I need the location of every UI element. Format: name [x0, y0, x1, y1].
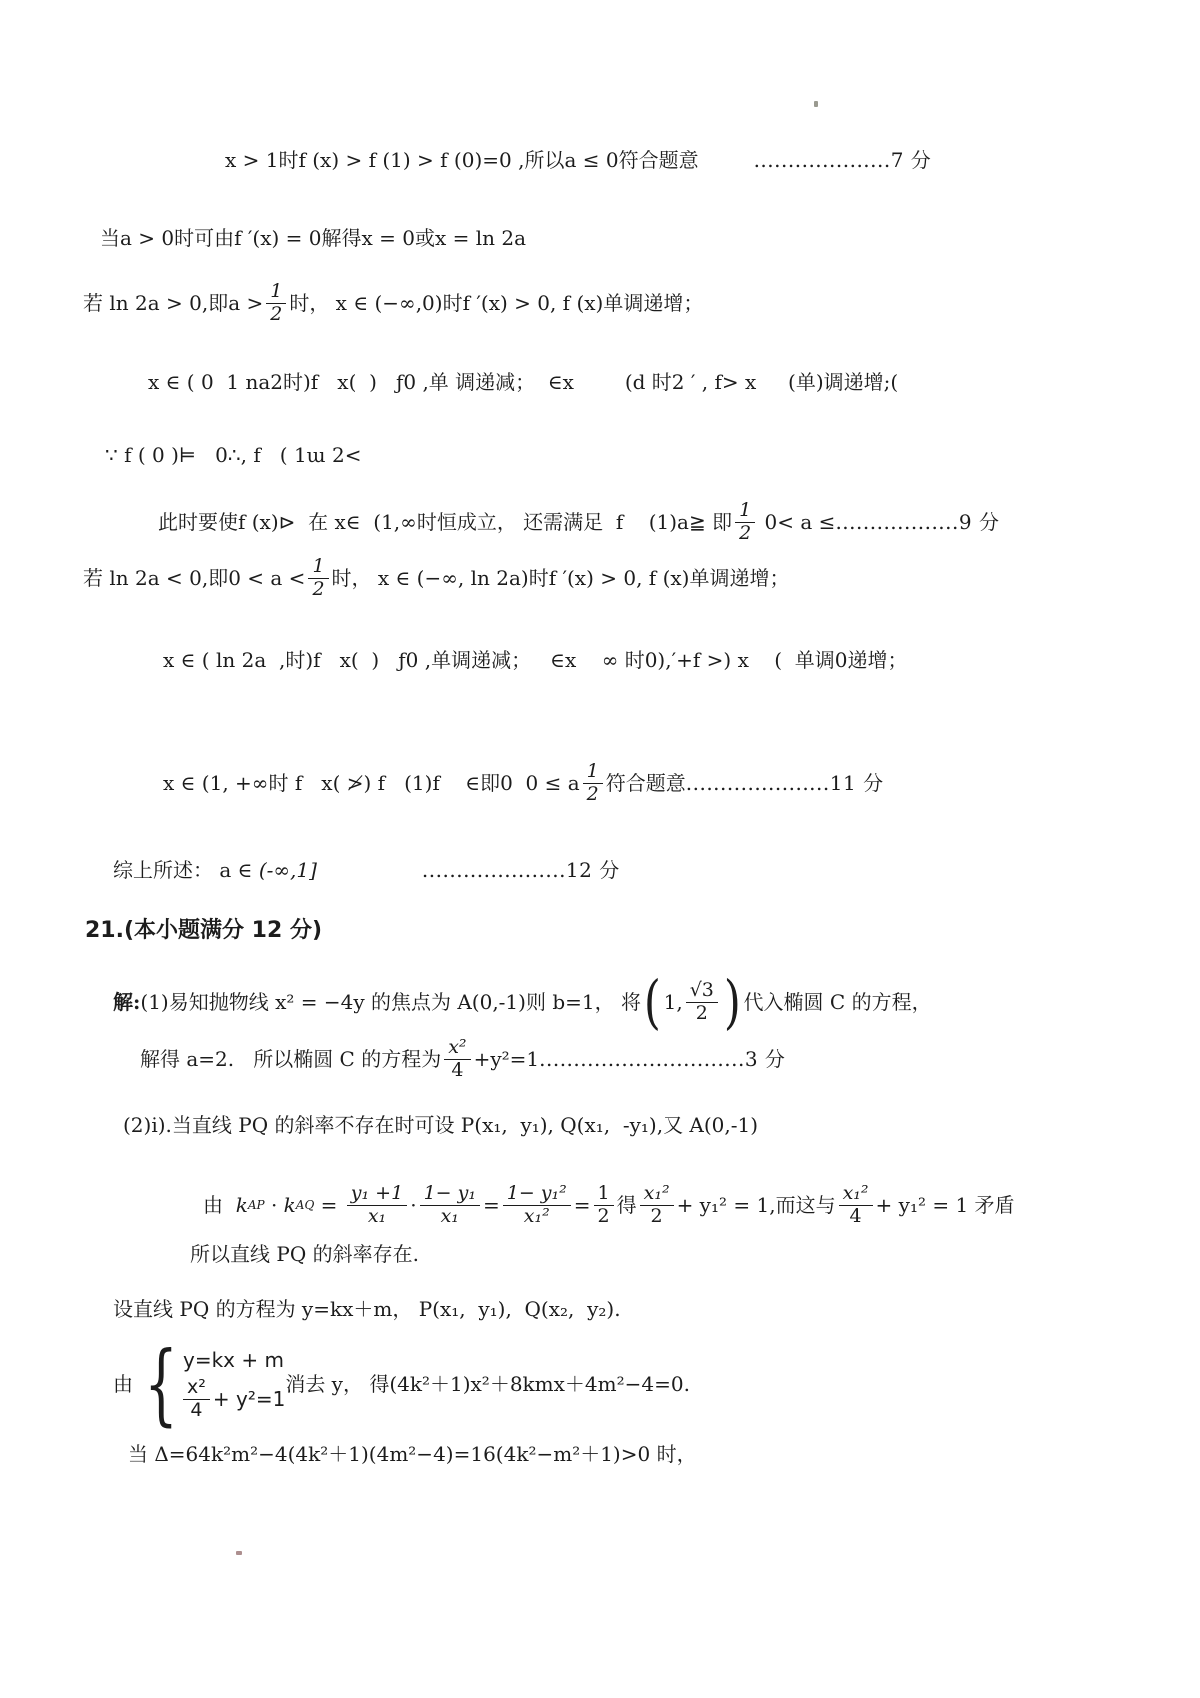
fraction-numerator: x₁²	[839, 1183, 873, 1206]
equals-sign: =	[483, 1193, 500, 1218]
fraction: 1 2	[594, 1183, 614, 1228]
left-brace: {	[144, 1347, 178, 1422]
math-text: 当 Δ=64k²m²−4(4k²＋1)(4m²−4)=16(4k²−m²＋1)>…	[128, 1442, 697, 1467]
score-dots: ..............................3 分	[539, 1047, 785, 1072]
solution-line-case-ln2a-negative: 若 ln 2a < 0,即0 < a < 1 2 时， x ∈ (−∞, ln …	[83, 556, 789, 601]
fraction-denominator: 2	[308, 579, 328, 601]
fraction-numerator: x²	[444, 1037, 470, 1060]
solution-line-slope-exists: 所以直线 PQ 的斜率存在.	[190, 1242, 419, 1267]
math-text: 由	[113, 1372, 133, 1397]
solution-line-f0-garbled: ∵ f ( 0 )⊨ 0∴, f ( 1ɯ 2<	[105, 443, 361, 468]
fraction-numerator: y₁ +1	[347, 1183, 407, 1206]
fraction-denominator: 2	[647, 1206, 667, 1228]
problem-21-heading: 21.(本小题满分 12 分)	[85, 917, 322, 945]
math-text: x > 1时f (x) > f (1) > f (0)=0 ,所以a ≤ 0符合…	[225, 148, 699, 173]
dot-operator: ·	[265, 1193, 284, 1218]
math-text: 由	[203, 1193, 236, 1218]
solution-line-monotonic-garbled: x ∈ ( 0 1 na2时)f x( ) ƒ0 ,单 调递减； ∈x (d 时…	[148, 370, 898, 395]
math-text: 若 ln 2a > 0,即a >	[83, 291, 263, 316]
solve-label: 解:	[113, 990, 140, 1015]
system-equation-2: x² 4 + y²=1	[183, 1377, 285, 1422]
solution-line-11pts: x ∈ (1, +∞时 f x( ≯) f (1)f ∈即0 0 ≤ a 1 2…	[163, 761, 884, 806]
fraction-x2-over-4: x² 4	[444, 1037, 470, 1082]
fraction-numerator: x₁²	[640, 1183, 674, 1206]
score-dots: ..................9 分	[835, 510, 999, 535]
right-paren: )	[724, 976, 741, 1028]
math-text: 当a > 0时可由f ′(x) = 0解得x = 0或x = ln 2a	[100, 226, 526, 251]
math-text: 符合题意	[606, 771, 686, 796]
fraction-denominator: 2	[735, 523, 755, 545]
solution-line-monotonic2-garbled: x ∈ ( ln 2a ,时)f x( ) ƒ0 ,单调递减； ∈x ∞ 时0)…	[163, 648, 908, 673]
math-text: x ∈ ( 0 1 na2时)f x( ) ƒ0 ,单 调递减； ∈x (d 时…	[148, 370, 898, 395]
score-dots: .....................11 分	[686, 771, 884, 796]
equation-system: y=kx + m x² 4 + y²=1	[183, 1348, 285, 1422]
fraction-denominator: 4	[846, 1206, 866, 1228]
math-text: 得	[617, 1193, 637, 1218]
math-text: x ∈ (1, +∞时 f x( ≯) f (1)f ∈即0 0 ≤ a	[163, 771, 580, 796]
fraction-sqrt3-over-2: √3 2	[686, 980, 718, 1025]
math-text: 设直线 PQ 的方程为 y=kx＋m， P(x₁, y₁), Q(x₂, y₂)…	[113, 1297, 621, 1322]
math-text: 时， x ∈ (−∞,0)时f ′(x) > 0, f (x)单调递增；	[289, 291, 703, 316]
fraction-denominator: x₁	[437, 1206, 463, 1228]
solution-line-7pts: x > 1时f (x) > f (1) > f (0)=0 ,所以a ≤ 0符合…	[225, 148, 931, 173]
solution-line-9pts: 此时要使f (x)⊳ 在 x∈ (1,∞时恒成立， 还需满足 f (1)a≧ 即…	[158, 500, 999, 545]
fraction-denominator: 2	[594, 1206, 614, 1228]
math-text: x ∈ ( ln 2a ,时)f x( ) ƒ0 ,单调递减； ∈x ∞ 时0)…	[163, 648, 908, 673]
solution-line-pq-equation: 设直线 PQ 的方程为 y=kx＋m， P(x₁, y₁), Q(x₂, y₂)…	[113, 1297, 621, 1322]
fraction: 1 2	[308, 556, 328, 601]
system-equation-1: y=kx + m	[183, 1348, 284, 1373]
fraction-numerator: x²	[183, 1377, 210, 1400]
math-text: (2)ⅰ).当直线 PQ 的斜率不存在时可设 P(x₁, y₁), Q(x₁, …	[123, 1113, 758, 1138]
fraction-denominator: 2	[692, 1003, 712, 1025]
math-text: +y²=1	[474, 1047, 540, 1072]
fraction: 1 2	[735, 500, 755, 545]
k-AP-subscript: AP	[248, 1198, 265, 1213]
fraction: 1 2	[266, 281, 286, 326]
solution-line-conclusion-12pts: 综上所述： a ∈ (-∞,1] .....................12…	[113, 858, 620, 883]
math-text: 消去 y， 得(4k²＋1)x²＋8kmx＋4m²−4=0.	[285, 1372, 690, 1397]
fraction-denominator: 2	[583, 784, 603, 806]
math-text: 时， x ∈ (−∞, ln 2a)时f ′(x) > 0, f (x)单调递增…	[332, 566, 790, 591]
fraction-numerator: 1	[735, 500, 755, 523]
document-page: x > 1时f (x) > f (1) > f (0)=0 ,所以a ≤ 0符合…	[0, 0, 1200, 1698]
fraction-numerator: 1− y₁	[420, 1183, 480, 1206]
fraction: y₁ +1 x₁	[347, 1183, 407, 1228]
fraction-denominator: x₁	[364, 1206, 390, 1228]
k-AP-base: k	[236, 1193, 248, 1218]
solution-line-part2-no-slope: (2)ⅰ).当直线 PQ 的斜率不存在时可设 P(x₁, y₁), Q(x₁, …	[123, 1113, 758, 1138]
left-paren: (	[644, 976, 661, 1028]
solution-line-derivative-roots: 当a > 0时可由f ′(x) = 0解得x = 0或x = ln 2a	[100, 226, 526, 251]
fraction: 1− y₁² x₁²	[503, 1183, 571, 1228]
score-dots: ....................7 分	[754, 148, 932, 173]
equals-sign: =	[574, 1193, 591, 1218]
fraction-denominator: x₁²	[520, 1206, 554, 1228]
solution-line-parabola-focus: 解: (1)易知抛物线 x² = −4y 的焦点为 A(0,-1)则 b=1， …	[113, 976, 932, 1028]
math-text: 1,	[664, 990, 683, 1015]
scan-artifact-dot	[236, 1551, 242, 1555]
math-text: + y²=1	[213, 1387, 285, 1412]
equals-sign: =	[314, 1193, 343, 1218]
math-text: 代入椭圆 C 的方程，	[744, 990, 932, 1015]
solution-line-ellipse-equation-3pts: 解得 a=2. 所以椭圆 C 的方程为 x² 4 +y²=1 .........…	[140, 1037, 785, 1082]
scan-artifact-dot	[814, 101, 818, 107]
fraction: 1− y₁ x₁	[420, 1183, 480, 1228]
fraction-numerator: √3	[686, 980, 718, 1003]
fraction: x₁² 4	[839, 1183, 873, 1228]
fraction-denominator: 4	[186, 1400, 206, 1422]
fraction-numerator: 1	[594, 1183, 614, 1206]
k-AQ-subscript: AQ	[296, 1198, 315, 1213]
fraction-x2-over-4: x² 4	[183, 1377, 210, 1422]
math-text: 此时要使f (x)⊳ 在 x∈ (1,∞时恒成立， 还需满足 f (1)a≧ 即	[158, 510, 732, 535]
math-text: 综上所述： a ∈	[113, 858, 259, 883]
solution-line-case-ln2a-positive: 若 ln 2a > 0,即a > 1 2 时， x ∈ (−∞,0)时f ′(x…	[83, 281, 703, 326]
fraction-numerator: 1− y₁²	[503, 1183, 571, 1206]
k-AQ-base: k	[284, 1193, 296, 1218]
math-text: + y₁² = 1 矛盾	[876, 1193, 1015, 1218]
fraction-numerator: 1	[583, 761, 603, 784]
interval-notation: (-∞,1]	[259, 858, 317, 883]
math-text: 若 ln 2a < 0,即0 < a <	[83, 566, 305, 591]
fraction-denominator: 2	[266, 304, 286, 326]
score-dots: .....................12 分	[422, 858, 620, 883]
math-text: 0< a ≤	[758, 510, 835, 535]
solution-line-discriminant: 当 Δ=64k²m²−4(4k²＋1)(4m²−4)=16(4k²−m²＋1)>…	[128, 1442, 697, 1467]
fraction-denominator: 4	[447, 1060, 467, 1082]
fraction-numerator: 1	[308, 556, 328, 579]
math-text: ∵ f ( 0 )⊨ 0∴, f ( 1ɯ 2<	[105, 443, 361, 468]
math-text: 所以直线 PQ 的斜率存在.	[190, 1242, 419, 1267]
fraction: 1 2	[583, 761, 603, 806]
heading-text: 21.(本小题满分 12 分)	[85, 917, 322, 945]
math-text: 解得 a=2. 所以椭圆 C 的方程为	[140, 1047, 441, 1072]
solution-line-system-elimination: 由 { y=kx + m x² 4 + y²=1 消去 y， 得(4k²＋1)x…	[113, 1337, 690, 1432]
solution-line-slope-product: 由 kAP · kAQ = y₁ +1 x₁ · 1− y₁ x₁ = 1− y…	[203, 1165, 1015, 1245]
dot-operator: ·	[410, 1193, 416, 1218]
fraction-numerator: 1	[266, 281, 286, 304]
math-text: + y₁² = 1,而这与	[677, 1193, 836, 1218]
math-text: (1)易知抛物线 x² = −4y 的焦点为 A(0,-1)则 b=1， 将	[140, 990, 641, 1015]
fraction: x₁² 2	[640, 1183, 674, 1228]
